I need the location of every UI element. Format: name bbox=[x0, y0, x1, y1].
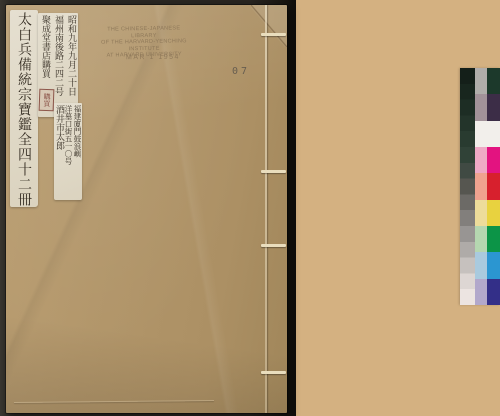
purchase-date: 昭和九年九月二十日 bbox=[66, 15, 76, 96]
tint-patch bbox=[475, 279, 487, 305]
color-patch-row bbox=[475, 279, 500, 305]
color-patch-row bbox=[475, 226, 500, 252]
grayscale-strip bbox=[460, 68, 475, 305]
purchase-bookstore: 聚成堂書店購買 bbox=[40, 15, 50, 78]
library-stamp-line1: THE CHINESE-JAPANESE LIBRARY bbox=[107, 25, 180, 38]
color-patch-row bbox=[475, 252, 500, 278]
folded-corner bbox=[251, 5, 287, 47]
solid-patch bbox=[487, 147, 500, 173]
book-cover: 太白兵備統宗寶鑑全四十二冊 七 昭和九年九月二十日 福州南後路二四二号 聚成堂書… bbox=[6, 5, 287, 413]
library-stamp-line2: OF THE HARVARD-YENCHING INSTITUTE bbox=[101, 38, 187, 52]
solid-patch bbox=[487, 94, 500, 120]
color-patches bbox=[475, 68, 500, 305]
title-label: 太白兵備統宗寶鑑全四十二冊 七 bbox=[10, 10, 38, 207]
tint-patch bbox=[475, 226, 487, 252]
tint-patch bbox=[475, 252, 487, 278]
purchase-label-lower: 福建廈門鼓浪嶼 洋墓口街五一〇号 酒井市太郎 bbox=[54, 103, 82, 200]
binding-stitch bbox=[261, 170, 286, 173]
color-patch-row bbox=[475, 147, 500, 173]
binding-stitch bbox=[261, 33, 286, 36]
copy-number: 07 bbox=[232, 66, 250, 77]
tint-patch bbox=[475, 200, 487, 226]
binding-stitch bbox=[261, 371, 286, 374]
color-patch-row bbox=[475, 68, 500, 94]
owner-street: 洋墓口街五一〇号 bbox=[64, 105, 73, 165]
tint-patch bbox=[475, 94, 487, 120]
white-patch bbox=[475, 121, 500, 147]
color-patch-row bbox=[475, 173, 500, 199]
solid-patch bbox=[487, 279, 500, 305]
cover-crease bbox=[14, 400, 214, 403]
binding-thread bbox=[265, 5, 267, 413]
color-patch-row bbox=[475, 94, 500, 120]
solid-patch bbox=[487, 226, 500, 252]
purchase-address: 福州南後路二四二号 bbox=[53, 15, 63, 96]
owner-region: 福建廈門鼓浪嶼 bbox=[73, 105, 82, 158]
binding-stitch bbox=[261, 244, 286, 247]
solid-patch bbox=[487, 68, 500, 94]
owner-name: 酒井市太郎 bbox=[54, 105, 64, 150]
solid-patch bbox=[487, 252, 500, 278]
color-patch-row bbox=[475, 200, 500, 226]
seal-stamp: 購買 bbox=[39, 89, 55, 112]
date-stamp: MAR 1 1954 bbox=[118, 54, 188, 62]
tint-patch bbox=[475, 173, 487, 199]
solid-patch bbox=[487, 173, 500, 199]
archival-photo: 太白兵備統宗寶鑑全四十二冊 七 昭和九年九月二十日 福州南後路二四二号 聚成堂書… bbox=[0, 0, 500, 416]
tint-patch bbox=[475, 147, 487, 173]
color-patch-row bbox=[475, 121, 500, 147]
solid-patch bbox=[487, 200, 500, 226]
tint-patch bbox=[475, 68, 487, 94]
color-calibration-bar bbox=[460, 68, 500, 305]
